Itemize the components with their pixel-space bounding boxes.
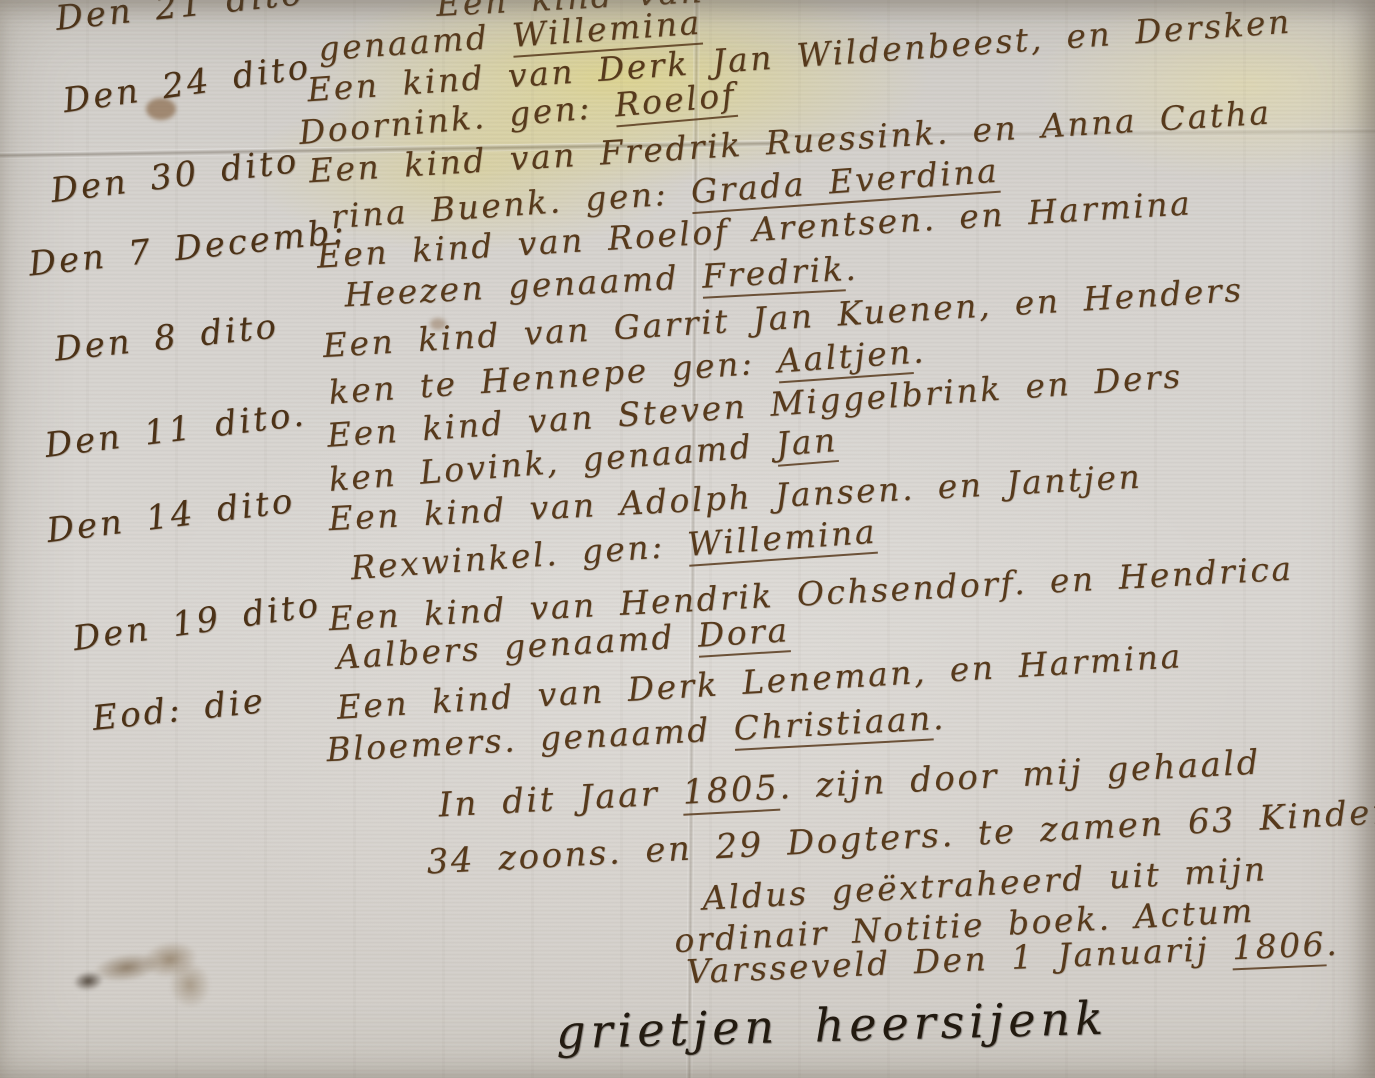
entry-date: Den 21 dito: [54, 0, 307, 39]
entry-date: Den 30 dito: [48, 141, 301, 211]
closing-text: .: [1325, 924, 1340, 964]
child-name: Jan: [775, 420, 840, 467]
summary-text: In dit Jaar: [438, 773, 684, 826]
entry-date: Den 19 dito: [70, 585, 323, 659]
signature: grietjen heersijenk: [555, 991, 1108, 1059]
entry-text: .: [844, 249, 859, 289]
entry-date: Eod: die: [90, 681, 267, 739]
entry-text: .: [911, 331, 927, 371]
entry-text: .: [932, 698, 947, 738]
entry-date: Den 24 dito: [60, 47, 313, 121]
entry-date: Den 11 dito.: [43, 394, 309, 466]
ink-smudge: [65, 921, 240, 1028]
child-name: Fredrik: [701, 249, 846, 298]
entry-date: Den 7 Decemb:: [27, 211, 349, 284]
child-name: Christiaan: [733, 698, 934, 750]
child-name: Dora: [697, 610, 791, 658]
summary-text: . zijn door mij gehaald: [778, 742, 1262, 807]
child-name: Willemina: [686, 512, 878, 567]
year-1806: 1806: [1231, 924, 1327, 970]
entry-date: Den 14 dito: [44, 481, 297, 551]
year-1805: 1805: [682, 768, 781, 816]
entry-date: Den 8 dito: [53, 306, 281, 369]
document-page: Den 21 dito Een kind van genaamd Willemi…: [0, 0, 1375, 1078]
